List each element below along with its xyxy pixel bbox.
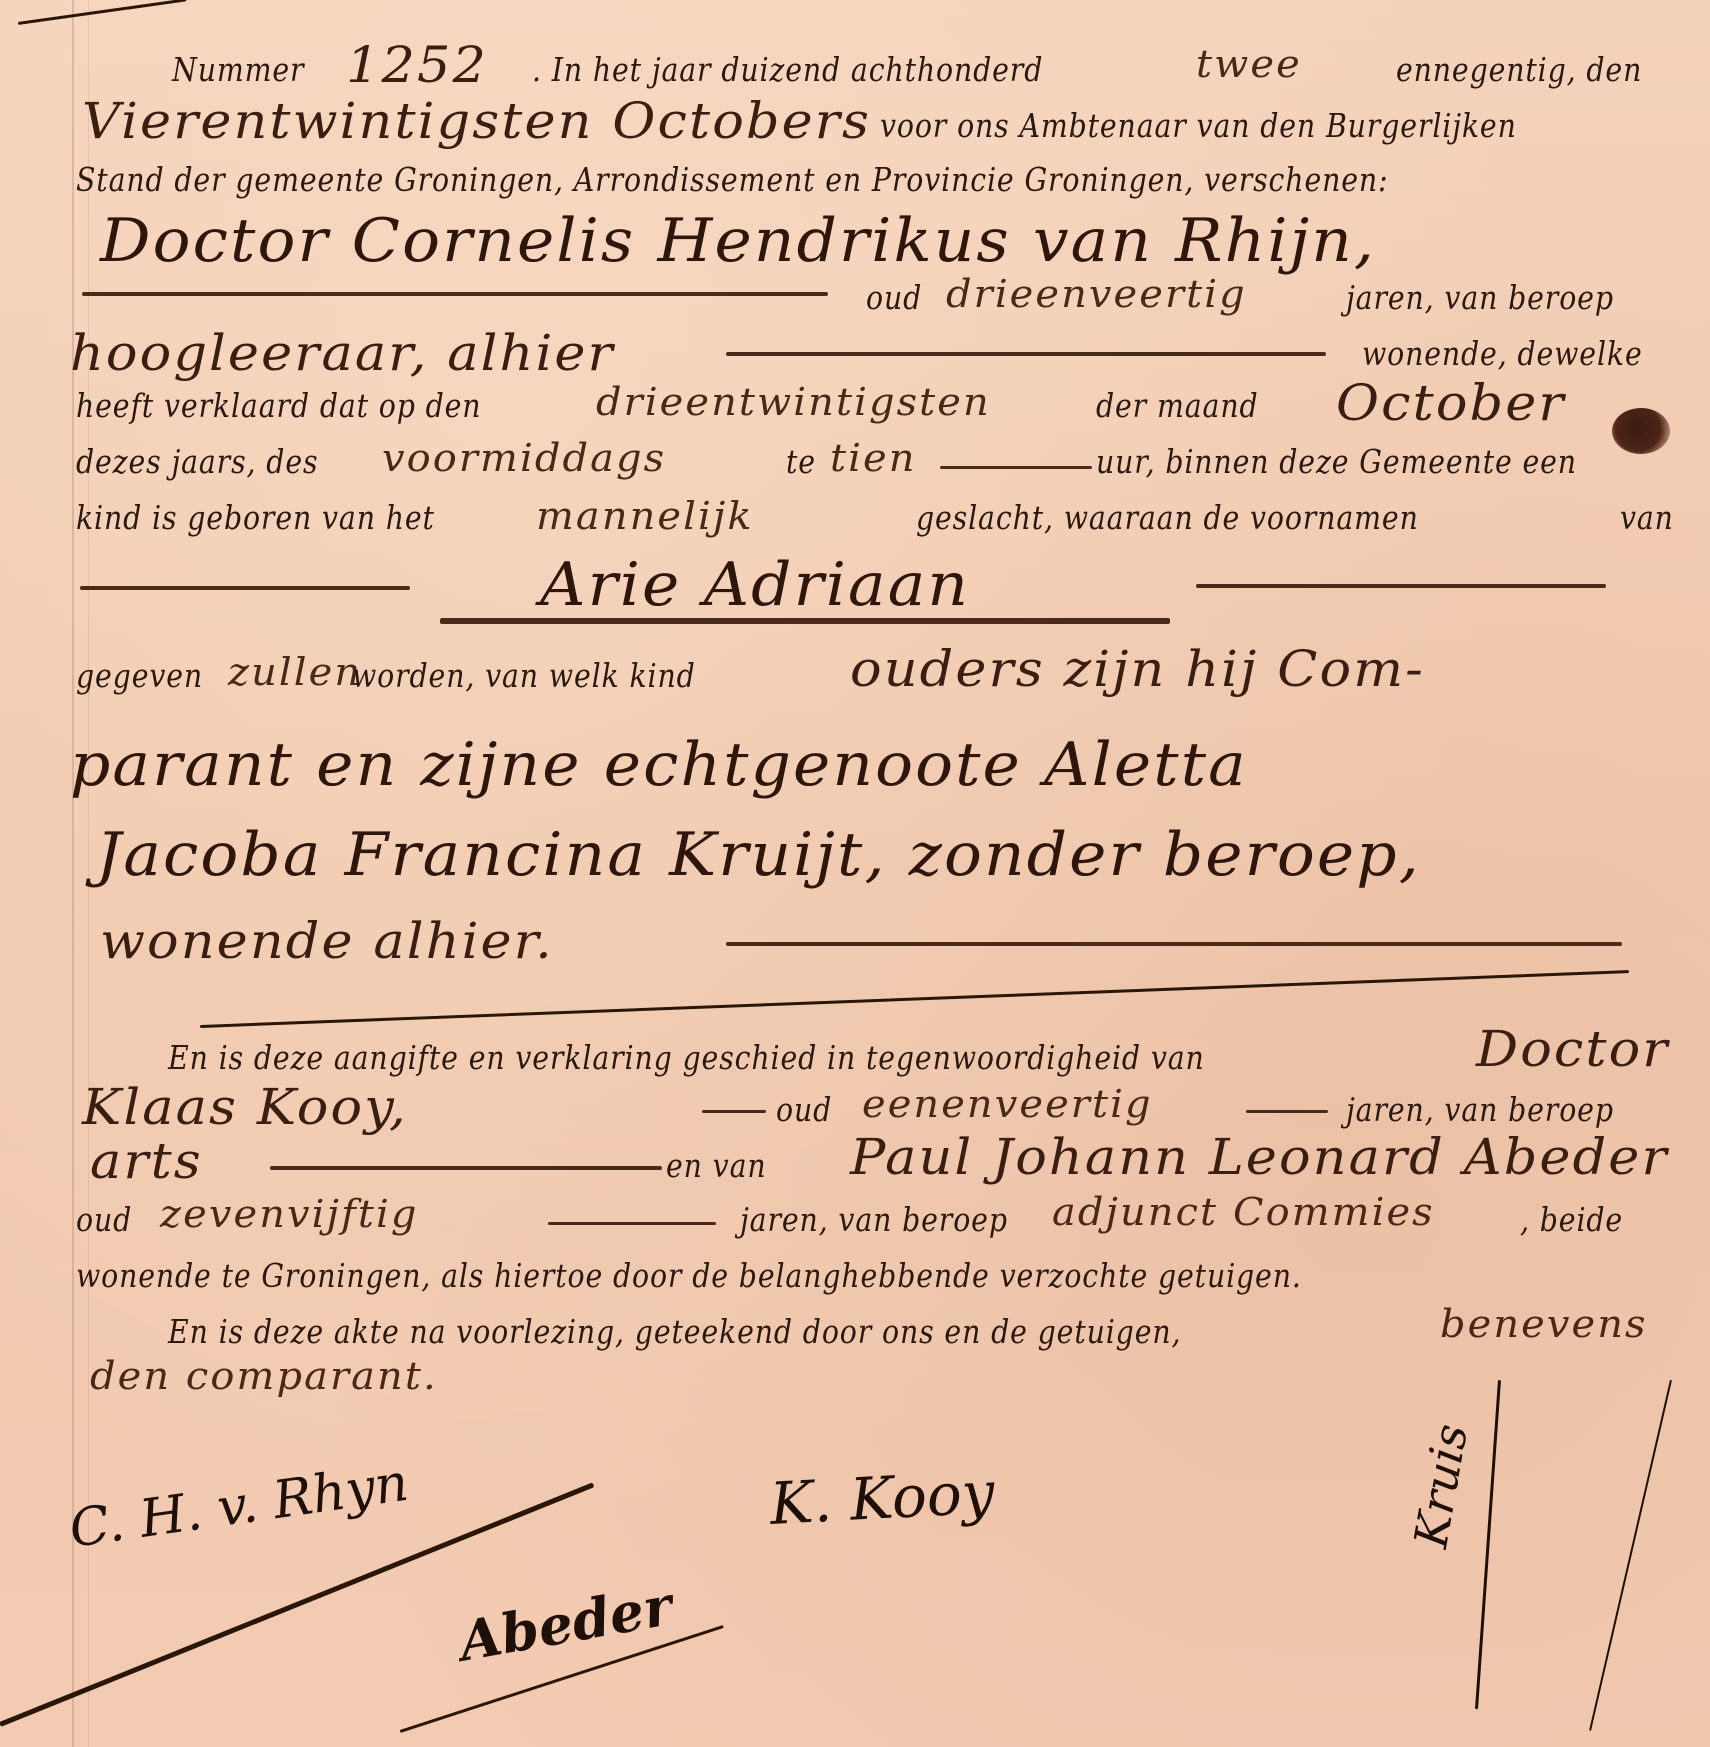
handwritten-text: den comparant.	[90, 1354, 438, 1398]
printed-text: Stand der gemeente Groningen, Arrondisse…	[76, 160, 1388, 199]
fill-rule	[80, 586, 410, 590]
fill-rule	[726, 352, 1326, 356]
handwritten-witness2-age: zevenvijftig	[160, 1192, 418, 1236]
handwritten-witness2-profession: adjunct Commies	[1052, 1190, 1435, 1234]
text-line-11: gegeven zullen worden, van welk kind oud…	[0, 650, 1710, 710]
name-underline	[440, 618, 1170, 624]
text-line-10: Arie Adriaan	[0, 566, 1710, 646]
handwritten-text: benevens	[1440, 1302, 1648, 1346]
signature-official: Kruis	[1403, 1420, 1478, 1552]
signature-witness-kooy: K. Kooy	[768, 1458, 996, 1538]
handwritten-declarant-name: Doctor Cornelis Hendrikus van Rhijn,	[100, 206, 1376, 276]
fill-rule	[270, 1166, 662, 1170]
handwritten-hour: tien	[830, 436, 917, 480]
printed-text: oud	[776, 1090, 832, 1129]
signature-declarant: C. H. v. Rhyn	[66, 1453, 412, 1560]
handwritten-child-given-names: Arie Adriaan	[540, 550, 970, 620]
handwritten-witness-title: Doctor	[1476, 1020, 1670, 1078]
handwritten-profession: hoogleeraar, alhier	[70, 324, 615, 382]
fill-rule	[1246, 1110, 1328, 1113]
printed-text: worden, van welk kind	[352, 656, 696, 695]
printed-text: oud	[76, 1200, 132, 1239]
printed-text: en van	[666, 1146, 766, 1185]
printed-text: geslacht, waaraan de voornamen	[916, 498, 1419, 537]
printed-text: En is deze akte na voorlezing, geteekend…	[168, 1312, 1181, 1351]
printed-text: wonende te Groningen, als hiertoe door d…	[76, 1256, 1302, 1295]
handwritten-witness2-name: Paul Johann Leonard Abeder	[850, 1128, 1669, 1186]
printed-text: dezes jaars, des	[76, 442, 318, 481]
text-line-21: den comparant.	[0, 1358, 1710, 1418]
handwritten-date: Vierentwintigsten Octobers	[82, 92, 871, 150]
handwritten-time-of-day: voormiddags	[382, 436, 666, 480]
printed-text: te	[786, 442, 816, 481]
printed-text: . In het jaar duizend achthonderd	[532, 50, 1043, 89]
signature-witness-abeder: Abeder	[454, 1573, 676, 1673]
printed-text: , beide	[1520, 1200, 1623, 1239]
handwritten-witness1-age: eenenveertig	[862, 1082, 1153, 1126]
fill-rule	[1196, 584, 1606, 588]
handwritten-witness1-profession: arts	[90, 1132, 203, 1190]
fill-rule	[82, 292, 828, 296]
text-line-3: Stand der gemeente Groningen, Arrondisse…	[0, 152, 1710, 212]
printed-text: jaren, van beroep	[1346, 278, 1614, 317]
printed-text: voor ons Ambtenaar van den Burgerlijken	[880, 106, 1517, 145]
handwritten-mother-intro: parant en zijne echtgenoote Aletta	[70, 730, 1248, 800]
signature-long-stroke	[1475, 1380, 1501, 1709]
printed-text: En is deze aangifte en verklaring geschi…	[168, 1038, 1205, 1077]
handwritten-residence: wonende alhier.	[100, 912, 554, 970]
text-line-13: Jacoba Francina Kruijt, zonder beroep,	[0, 830, 1710, 890]
printed-text: wonende, dewelke	[1362, 334, 1643, 373]
printed-text: ennegentig, den	[1396, 50, 1642, 89]
text-line-18: oud zevenvijftig jaren, van beroep adjun…	[0, 1196, 1710, 1256]
text-line-12: parant en zijne echtgenoote Aletta	[0, 740, 1710, 800]
printed-text: kind is geboren van het	[76, 498, 435, 537]
text-line-9: kind is geboren van het mannelijk geslac…	[0, 498, 1710, 558]
handwritten-year-word: twee	[1196, 42, 1302, 86]
text-line-8: dezes jaars, des voormiddags te tien uur…	[0, 442, 1710, 502]
printed-text: jaren, van beroep	[740, 1200, 1008, 1239]
handwritten-text: zullen	[228, 650, 362, 694]
handwritten-birth-month: October	[1336, 374, 1566, 432]
printed-text: heeft verklaard dat op den	[76, 386, 481, 425]
fill-rule	[702, 1110, 766, 1113]
handwritten-certificate-number: 1252	[346, 36, 488, 94]
closing-diagonal-stroke	[200, 970, 1629, 1028]
fill-rule	[940, 466, 1092, 469]
text-line-14: wonende alhier.	[0, 912, 1710, 972]
handwritten-witness1-name: Klaas Kooy,	[82, 1078, 408, 1136]
text-line-4: Doctor Cornelis Hendrikus van Rhijn,	[0, 212, 1710, 272]
printed-text: jaren, van beroep	[1346, 1090, 1614, 1129]
handwritten-age: drieenveertig	[946, 272, 1247, 316]
handwritten-parents: ouders zijn hij Com-	[850, 640, 1425, 698]
fill-rule	[548, 1222, 716, 1225]
printed-text: oud	[866, 278, 922, 317]
signature-long-stroke	[1589, 1380, 1672, 1731]
printed-text: uur, binnen deze Gemeente een	[1096, 442, 1577, 481]
printed-text: Nummer	[172, 50, 304, 89]
handwritten-birth-day: drieentwintigsten	[596, 380, 991, 424]
handwritten-mother-name: Jacoba Francina Kruijt, zonder beroep,	[96, 820, 1421, 890]
printed-text: van	[1620, 498, 1674, 537]
text-line-17: arts en van Paul Johann Leonard Abeder	[0, 1140, 1710, 1200]
printed-text: der maand	[1096, 386, 1258, 425]
handwritten-sex: mannelijk	[536, 494, 754, 538]
text-line-2: Vierentwintigsten Octobers voor ons Ambt…	[0, 98, 1710, 158]
printed-text: gegeven	[76, 656, 203, 695]
fill-rule	[726, 942, 1622, 946]
corner-stroke	[18, 0, 187, 25]
